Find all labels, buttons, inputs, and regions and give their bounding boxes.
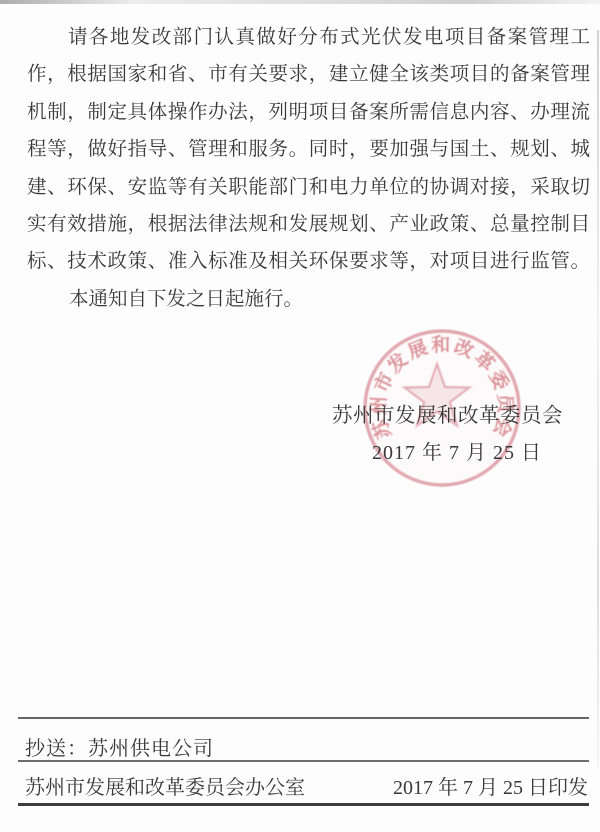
scan-artifact-right-edge xyxy=(597,30,599,770)
body-text-line: 程等，做好指导、管理和服务。同时，要加强与国土、规划、城 xyxy=(27,131,590,168)
issuing-office: 苏州市发展和改革委员会办公室 xyxy=(25,771,305,800)
footer-divider-2 xyxy=(18,760,589,762)
closing-line: 本通知自下发之日起施行。 xyxy=(27,281,590,318)
body-text-line: 作，根据国家和省、市有关要求，建立健全该类项目的备案管理 xyxy=(27,56,590,93)
footer-divider-3 xyxy=(18,803,589,806)
footer-divider-1 xyxy=(18,717,589,719)
body-text-line: 请各地发改部门认真做好分布式光伏发电项目备案管理工 xyxy=(27,19,590,56)
scan-artifact-top-edge xyxy=(0,0,600,4)
body-text-line: 建、环保、安监等有关职能部门和电力单位的协调对接，采取切 xyxy=(27,169,590,206)
document-page: { "document": { "body": { "paragraph1_li… xyxy=(0,0,600,832)
signature-date: 2017 年 7 月 25 日 xyxy=(372,436,542,465)
signature-org: 苏州市发展和改革委员会 xyxy=(332,398,563,428)
body-paragraph: 请各地发改部门认真做好分布式光伏发电项目备案管理工 作，根据国家和省、市有关要求… xyxy=(27,19,590,318)
footer-issue-row: 苏州市发展和改革委员会办公室 2017 年 7 月 25 日印发 xyxy=(25,771,588,800)
body-text-line: 机制，制定具体操作办法，列明项目备案所需信息内容、办理流 xyxy=(27,94,590,131)
body-text-line: 标、技术政策、准入标准及相关环保要求等，对项目进行监管。 xyxy=(27,243,590,280)
cc-line: 抄送：苏州供电公司 xyxy=(25,732,214,761)
body-text-line: 实有效措施，根据法律法规和发展规划、产业政策、总量控制目 xyxy=(27,206,590,243)
print-date: 2017 年 7 月 25 日印发 xyxy=(393,771,588,800)
